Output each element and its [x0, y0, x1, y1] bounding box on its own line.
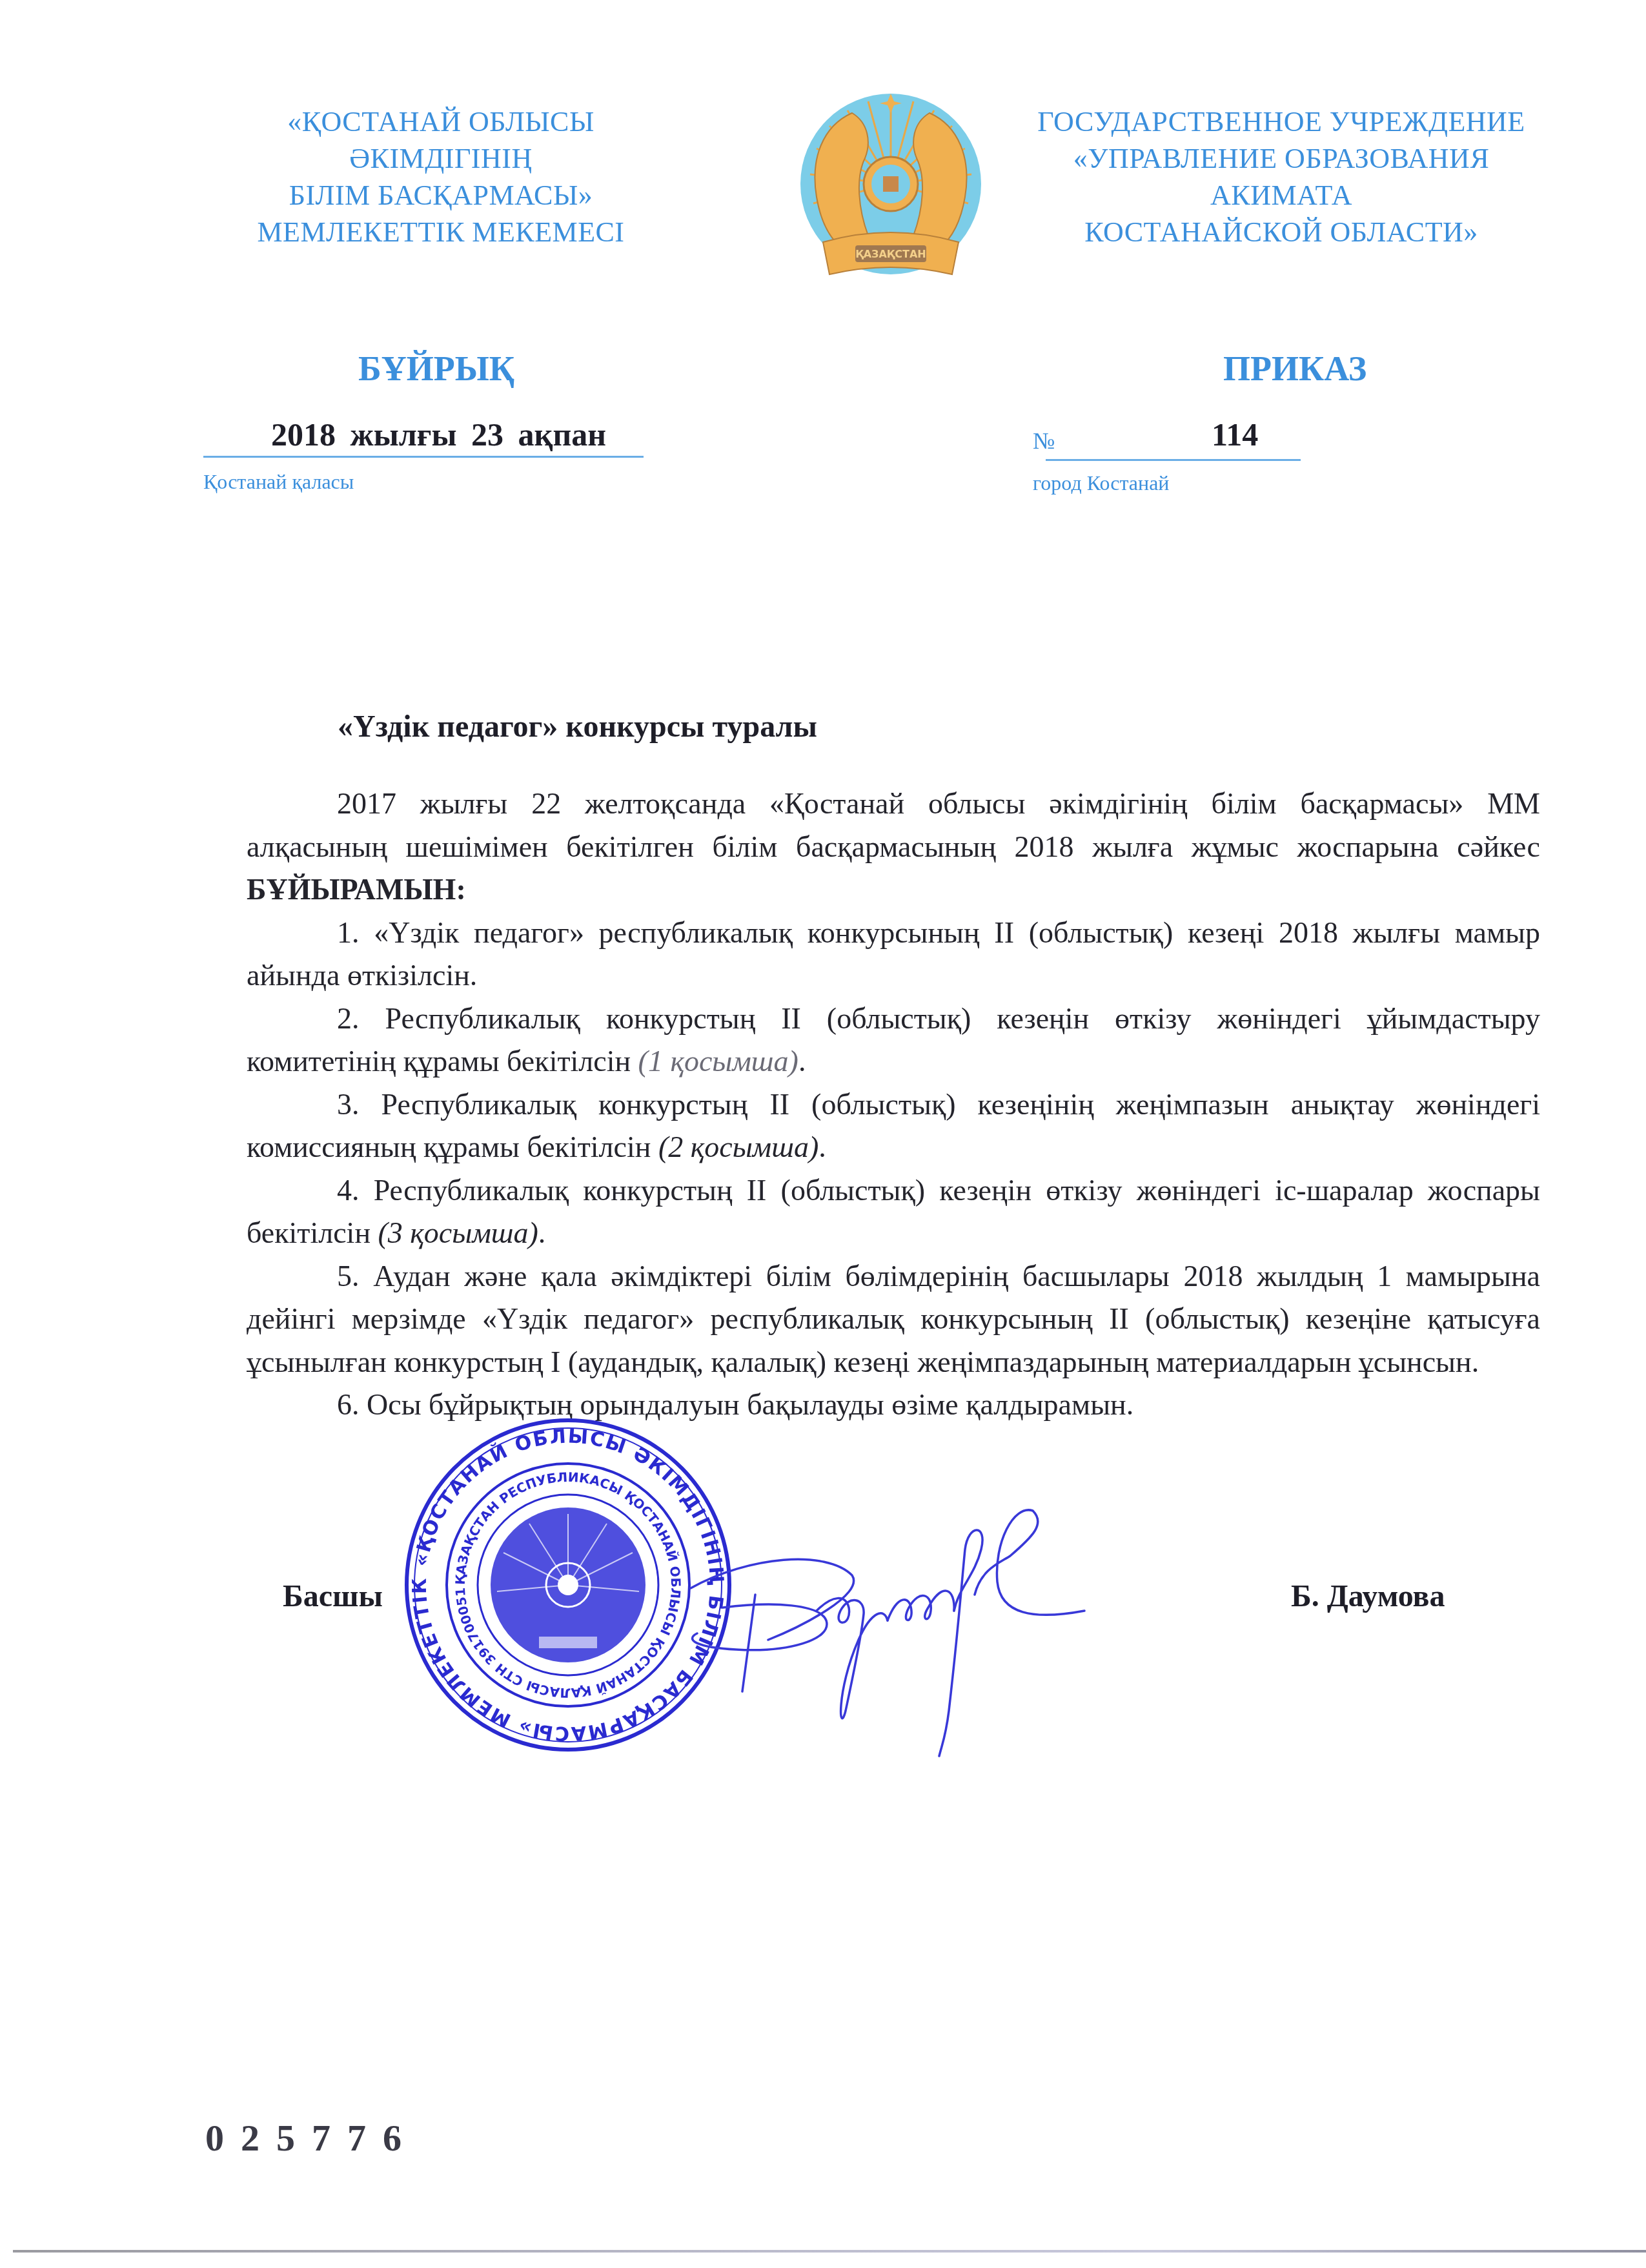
order-item-1: 1. «Үздік педагог» республикалық конкурс… [247, 912, 1540, 997]
city-ru: город Костанай [1033, 471, 1169, 495]
preamble-text: 2017 жылғы 22 желтоқсанда «Қостанай облы… [247, 787, 1540, 863]
header-right-line: КОСТАНАЙСКОЙ ОБЛАСТИ» [997, 214, 1565, 250]
header-right-line: АКИМАТА [997, 177, 1565, 214]
appendix-reference: (2 қосымша) [658, 1130, 818, 1163]
header-right-line: ГОСУДАРСТВЕННОЕ УЧРЕЖДЕНИЕ [997, 103, 1565, 140]
appendix-reference: (1 қосымша) [638, 1045, 798, 1078]
header-left-kz: «ҚОСТАНАЙ ОБЛЫСЫ ӘКІМДІГІНІҢ БІЛІМ БАСҚА… [183, 103, 699, 250]
handwritten-signature [671, 1498, 1136, 1769]
order-item-4: 4. Республикалық конкурстың ІІ (облыстық… [247, 1169, 1540, 1255]
order-item-text: 5. Аудан және қала әкімдіктері білім бөл… [247, 1260, 1540, 1378]
order-item-2: 2. Республикалық конкурстың ІІ (облыстық… [247, 997, 1540, 1083]
signatory-name: Б. Даумова [1291, 1578, 1445, 1614]
number-underline [1046, 459, 1301, 461]
state-emblem: ҚАЗАҚСТАН [791, 87, 991, 287]
header-left-line: «ҚОСТАНАЙ ОБЛЫСЫ [183, 103, 699, 140]
order-item-text: 2. Республикалық конкурстың ІІ (облыстық… [247, 1002, 1540, 1078]
scan-edge-line [13, 2250, 1646, 2253]
order-item-3: 3. Республикалық конкурстың ІІ (облыстық… [247, 1083, 1540, 1169]
handwritten-signature-icon [671, 1498, 1136, 1769]
order-date: 2018 жылғы 23 ақпан [271, 416, 606, 453]
order-item-5: 5. Аудан және қала әкімдіктері білім бөл… [247, 1255, 1540, 1384]
header-left-line: БІЛІМ БАСҚАРМАСЫ» [183, 177, 699, 214]
emblem-ribbon-text: ҚАЗАҚСТАН [855, 248, 926, 260]
doc-type-ru: ПРИКАЗ [1223, 349, 1367, 389]
kazakhstan-state-emblem-icon: ҚАЗАҚСТАН [791, 87, 991, 287]
order-item-text: 3. Республикалық конкурстың ІІ (облыстық… [247, 1088, 1540, 1164]
order-title: «Үздік педагог» конкурсы туралы [338, 709, 817, 744]
date-underline [203, 456, 644, 458]
header-right-line: «УПРАВЛЕНИЕ ОБРАЗОВАНИЯ [997, 140, 1565, 177]
city-kz: Қостанай қаласы [203, 470, 354, 494]
order-directive: БҰЙЫРАМЫН: [247, 873, 466, 906]
order-number: 114 [1212, 416, 1258, 453]
header-left-line: МЕМЛЕКЕТТІК МЕКЕМЕСІ [183, 214, 699, 250]
serial-number: 025776 [205, 2116, 418, 2160]
appendix-reference: (3 қосымша) [378, 1216, 538, 1249]
header-right-ru: ГОСУДАРСТВЕННОЕ УЧРЕЖДЕНИЕ «УПРАВЛЕНИЕ О… [997, 103, 1565, 250]
number-sign: № [1033, 427, 1055, 455]
doc-type-kz: БҰЙРЫҚ [358, 349, 514, 389]
signatory-position: Басшы [283, 1578, 383, 1614]
preamble: 2017 жылғы 22 желтоқсанда «Қостанай облы… [247, 782, 1540, 912]
header-left-line: ӘКІМДІГІНІҢ [183, 140, 699, 177]
order-item-text: 6. Осы бұйрықтың орындалуын бақылауды өз… [337, 1388, 1133, 1421]
order-item-text: 1. «Үздік педагог» республикалық конкурс… [247, 916, 1540, 992]
order-body: 2017 жылғы 22 желтоқсанда «Қостанай облы… [247, 782, 1540, 1427]
